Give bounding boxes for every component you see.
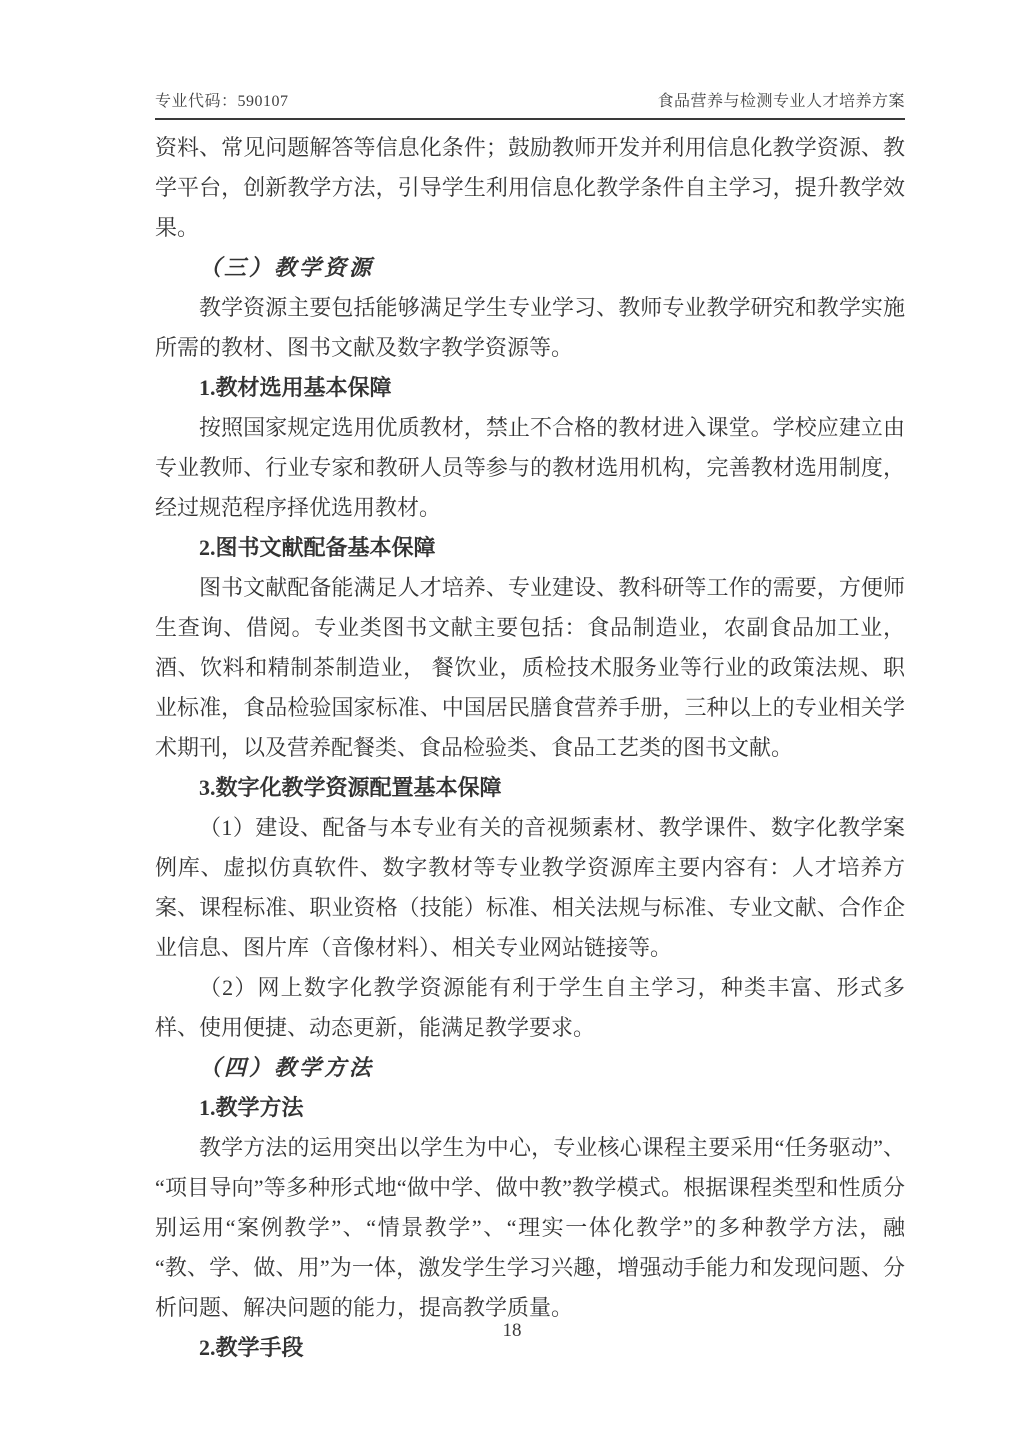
page-header: 专业代码：590107 食品营养与检测专业人才培养方案 xyxy=(155,88,905,120)
page-number: 18 xyxy=(503,1320,522,1341)
header-document-title: 食品营养与检测专业人才培养方案 xyxy=(657,88,905,111)
subsection-heading-textbook-selection: 1.教材选用基本保障 xyxy=(155,368,905,408)
paragraph: 图书文献配备能满足人才培养、专业建设、教科研等工作的需要，方便师生查询、借阅。专… xyxy=(155,568,905,768)
document-content: 资料、常见问题解答等信息化条件；鼓励教师开发并利用信息化教学资源、教学平台，创新… xyxy=(155,128,905,1368)
section-heading-teaching-resources: （三）教学资源 xyxy=(155,248,905,288)
subsection-heading-library-literature: 2.图书文献配备基本保障 xyxy=(155,528,905,568)
paragraph-continuation: 资料、常见问题解答等信息化条件；鼓励教师开发并利用信息化教学资源、教学平台，创新… xyxy=(155,128,905,248)
document-page: 专业代码：590107 食品营养与检测专业人才培养方案 资料、常见问题解答等信息… xyxy=(0,0,1024,1448)
paragraph: （2）网上数字化教学资源能有利于学生自主学习，种类丰富、形式多样、使用便捷、动态… xyxy=(155,968,905,1048)
paragraph: （1）建设、配备与本专业有关的音视频素材、教学课件、数字化教学案例库、虚拟仿真软… xyxy=(155,808,905,968)
header-major-code: 专业代码：590107 xyxy=(155,88,289,111)
paragraph: 教学资源主要包括能够满足学生专业学习、教师专业教学研究和教学实施所需的教材、图书… xyxy=(155,288,905,368)
subsection-heading-teaching-method: 1.教学方法 xyxy=(155,1088,905,1128)
subsection-heading-digital-resources: 3.数字化教学资源配置基本保障 xyxy=(155,768,905,808)
paragraph: 按照国家规定选用优质教材，禁止不合格的教材进入课堂。学校应建立由专业教师、行业专… xyxy=(155,408,905,528)
page-footer: 18 xyxy=(0,1320,1024,1342)
paragraph: 教学方法的运用突出以学生为中心，专业核心课程主要采用“任务驱动”、“项目导向”等… xyxy=(155,1128,905,1328)
section-heading-teaching-methods: （四）教学方法 xyxy=(155,1048,905,1088)
